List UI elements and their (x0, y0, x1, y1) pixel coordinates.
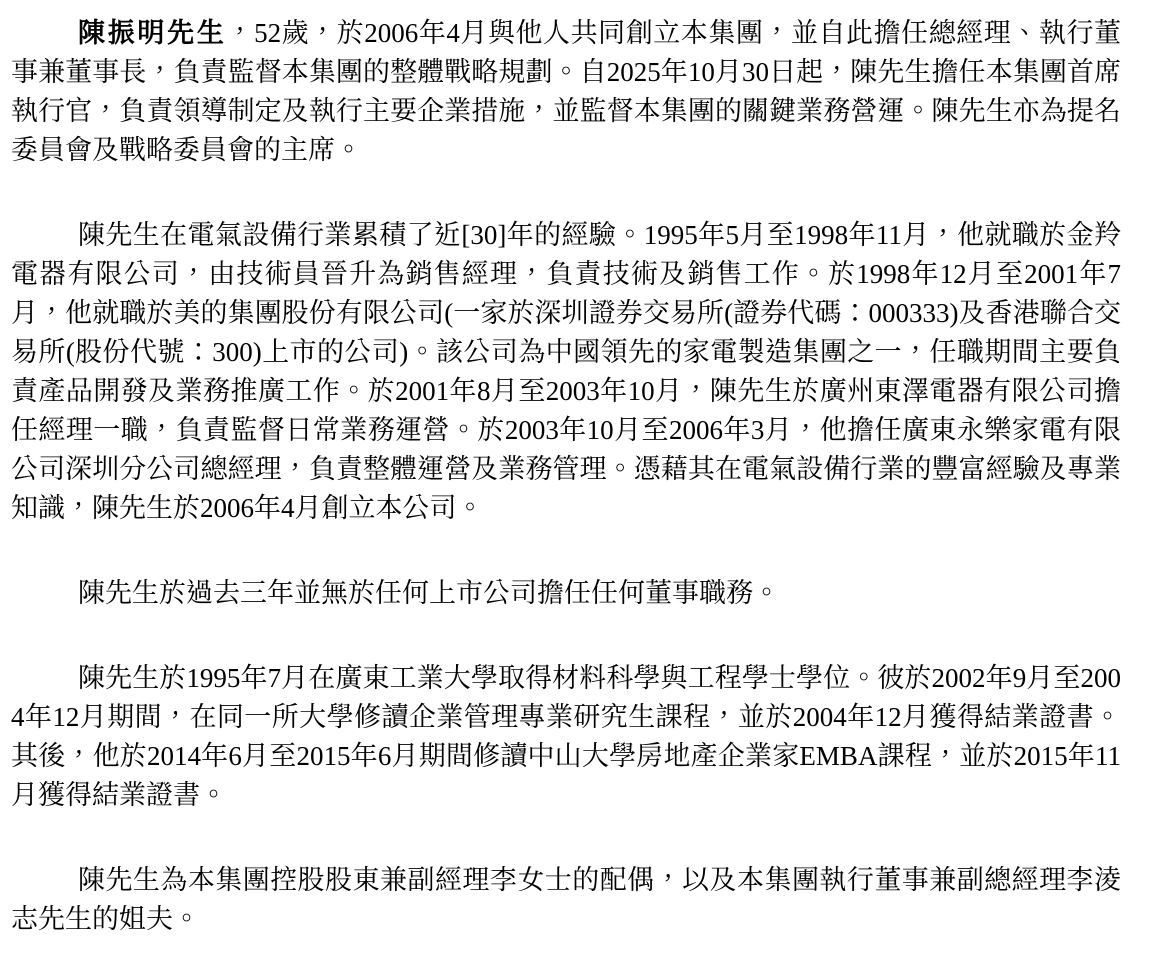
paragraph-industry-experience: 陳先生在電氣設備行業累積了近[30]年的經驗。1995年5月至1998年11月，… (11, 216, 1121, 528)
director-name-bold: 陳振明先生 (78, 18, 227, 48)
document-page: 陳振明先生，52歲，於2006年4月與他人共同創立本集團，並自此擔任總經理、執行… (0, 0, 1158, 956)
paragraph-family-relationship: 陳先生為本集團控股股東兼副經理李女士的配偶，以及本集團執行董事兼副總經理李淩志先… (11, 861, 1121, 939)
paragraph-education: 陳先生於1995年7月在廣東工業大學取得材料科學與工程學士學位。彼於2002年9… (11, 659, 1121, 815)
paragraph-past-directorships: 陳先生於過去三年並無於任何上市公司擔任任何董事職務。 (11, 574, 1121, 613)
paragraph-director-intro: 陳振明先生，52歲，於2006年4月與他人共同創立本集團，並自此擔任總經理、執行… (11, 14, 1121, 170)
